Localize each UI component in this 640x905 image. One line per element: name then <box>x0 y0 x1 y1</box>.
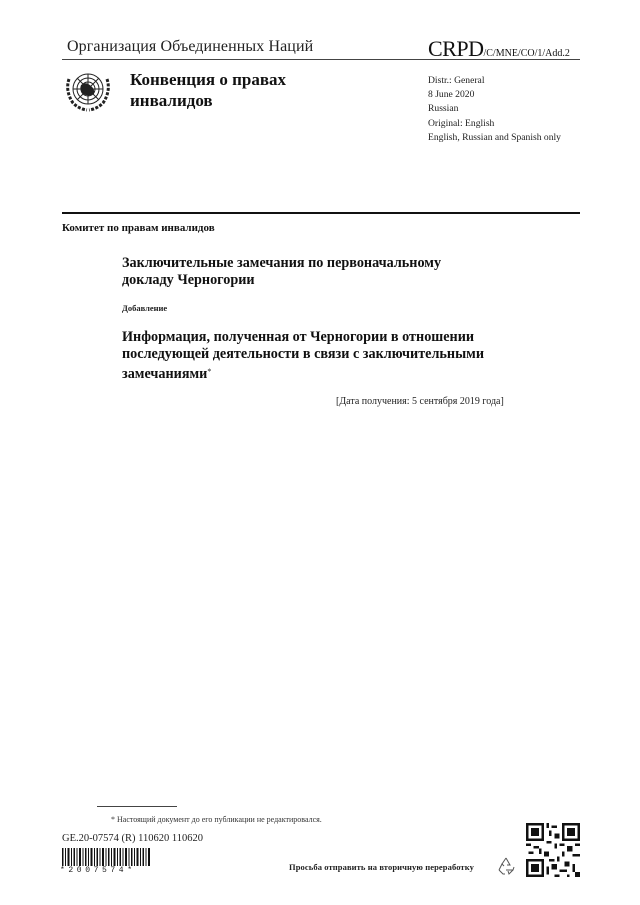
subtitle-line: замечаниями* <box>122 363 542 383</box>
committee-name: Комитет по правам инвалидов <box>62 222 215 234</box>
recycle-icon <box>496 856 516 876</box>
distr-line: Distr.: General <box>428 74 561 88</box>
symbol-suffix: /C/MNE/CO/1/Add.2 <box>483 48 569 59</box>
distribution-block: Distr.: General 8 June 2020 Russian Orig… <box>428 74 561 145</box>
section-rule <box>62 212 580 214</box>
document-id: GE.20-07574 (R) 110620 110620 <box>62 833 203 844</box>
document-title: Заключительные замечания по первоначальн… <box>122 255 522 289</box>
footnote-marker[interactable]: * <box>207 367 211 376</box>
title-line: Заключительные замечания по первоначальн… <box>122 255 522 272</box>
language-line: Russian <box>428 102 561 116</box>
languages-only-line: English, Russian and Spanish only <box>428 131 561 145</box>
title-line: докладу Черногории <box>122 272 522 289</box>
subtitle-line: последующей деятельности в связи с заклю… <box>122 346 542 363</box>
subtitle-text: замечаниями <box>122 366 207 382</box>
original-line: Original: English <box>428 117 561 131</box>
footnote-rule <box>97 806 177 807</box>
treaty-body-title: Конвенция о правах инвалидов <box>130 69 286 111</box>
symbol-main: CRPD <box>428 36 483 61</box>
subtitle-line: Информация, полученная от Черногории в о… <box>122 329 542 346</box>
barcode-icon <box>62 848 152 866</box>
un-emblem-icon <box>61 67 115 113</box>
document-subtitle: Информация, полученная от Черногории в о… <box>122 329 542 383</box>
qr-code-icon <box>526 823 580 877</box>
barcode-number: *2007574* <box>60 866 136 875</box>
treaty-title-line: инвалидов <box>130 90 286 111</box>
date-line: 8 June 2020 <box>428 88 561 102</box>
header-rule <box>62 59 580 60</box>
recycle-note: Просьба отправить на вторичную переработ… <box>289 862 474 872</box>
addendum-label: Добавление <box>122 303 167 313</box>
footnote-text: * Настоящий документ до его публикации н… <box>111 815 322 824</box>
treaty-title-line: Конвенция о правах <box>130 69 286 90</box>
date-received: [Дата получения: 5 сентября 2019 года] <box>336 396 504 407</box>
organization-name: Организация Объединенных Наций <box>67 38 313 56</box>
